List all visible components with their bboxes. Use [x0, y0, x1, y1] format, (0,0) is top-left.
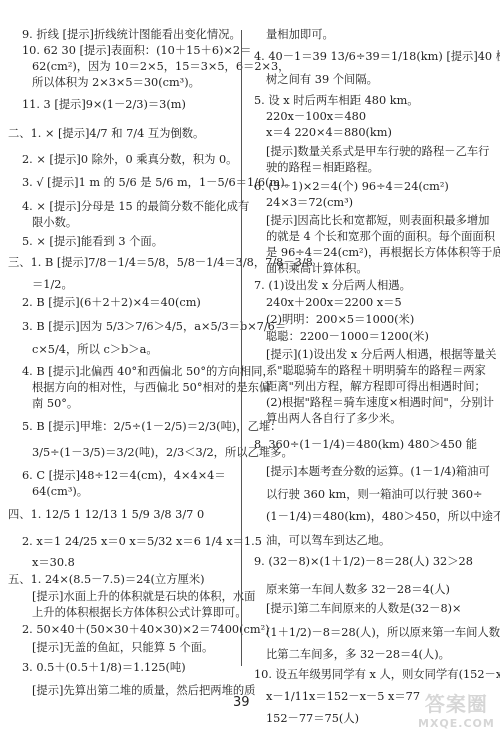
- answer-line: [提示]因高比长和宽都短，则表面积最多增加: [266, 214, 489, 228]
- answer-line: 6. C [提示]48÷12＝4(cm)，4×4×4＝: [22, 469, 226, 483]
- answer-line: [提示]数量关系式是甲车行驶的路程－乙车行: [266, 145, 489, 159]
- answer-line: 240x＋200x＝2200 x＝5: [266, 296, 402, 310]
- answer-line: 9. (32－8)×(1＋1/2)－8＝28(人) 32＞28: [254, 555, 473, 569]
- answer-line: 所以体积为 2×3×5＝30(cm³)。: [32, 76, 200, 90]
- answer-line: 量相加即可。: [266, 28, 334, 42]
- watermark-logo: 答案圈 MXQE.COM: [418, 688, 495, 730]
- answer-line: 距离"列出方程，解方程即可得出相遇时间；: [266, 380, 486, 394]
- answer-line: 上升的体积根据长方体体积公式计算即可。: [32, 606, 247, 620]
- answer-line: 以行驶 360 km，则一箱油可以行驶 360÷: [266, 488, 482, 502]
- answer-line: 的就是 4 个长和宽那个面的面积。每个面面积: [266, 230, 495, 244]
- answer-line: [提示]无盖的鱼缸，只能算 5 个面。: [32, 641, 213, 655]
- answer-line: 系"聪聪骑车的路程＋明明骑车的路程＝两家: [266, 364, 486, 378]
- answer-line: 152－77＝75(人): [266, 712, 359, 726]
- answer-line: 原来第一车间人数多 32－28＝4(人): [266, 583, 450, 597]
- answer-line: x＝4 220×4＝880(km): [266, 126, 392, 140]
- answer-line: 4. × [提示]分母是 15 的最简分数不能化成有: [22, 200, 249, 214]
- page-number: 39: [233, 695, 250, 710]
- answer-line: 二、1. × [提示]4/7 和 7/4 互为倒数。: [8, 127, 204, 141]
- answer-line: (2)根据"路程＝骑车速度×相遇时间"，分别计: [266, 396, 494, 410]
- answer-line: [提示]本题考查分数的运算。(1－1/4)箱油可: [266, 465, 490, 479]
- answer-line: 四、1. 12/5 1 12/13 1 5/9 3/8 3/7 0: [8, 508, 204, 522]
- answer-line: 根据方向的相对性，与西偏北 50°相对的是东偏: [32, 381, 270, 395]
- answer-line: 5. B [提示]甲堆：2/5÷(1－2/5)＝2/3(吨)，乙堆：: [22, 420, 281, 434]
- answer-line: [提示]先算出第二堆的质量，然后把两堆的质: [32, 684, 255, 698]
- answer-line: 五、1. 24×(8.5－7.5)＝24(立方厘米): [8, 573, 205, 587]
- answer-line: 5. × [提示]能看到 3 个面。: [22, 235, 163, 249]
- answer-line: 4. B [提示]北偏西 40°和西偏北 50°的方向相同，: [22, 365, 274, 379]
- answer-line: 64(cm³)。: [32, 485, 88, 499]
- answer-line: 2. x＝1 24/25 x＝0 x＝5/32 x＝6 1/4 x＝1.5: [22, 535, 262, 549]
- answer-line: 10. 62 30 [提示]表面积：(10＋15＋6)×2＝: [22, 44, 251, 58]
- answer-line: [提示]水面上升的体积就是石块的体积，水面: [32, 590, 255, 604]
- answer-line: ＝1/2。: [32, 278, 73, 292]
- answer-line: [提示](1)设出发 x 分后两人相遇，根据等量关: [266, 348, 496, 362]
- answer-line: 2. 50×40＋(50×30＋40×30)×2＝7400(cm²): [22, 623, 270, 637]
- answer-line: 24×3＝72(cm³): [266, 196, 353, 210]
- answer-line: 油，可以驾车到达乙地。: [266, 534, 390, 548]
- answer-line: 树之间有 39 个间隔。: [266, 73, 378, 87]
- watermark-text: 答案圈: [418, 688, 495, 717]
- answer-line: 6. (3－1)×2＝4(个) 96÷4＝24(cm²): [254, 180, 449, 194]
- answer-line: 比第二车间多，多 32－28＝4(人)。: [266, 648, 450, 662]
- answer-line: 5. 设 x 时后两车相距 480 km。: [254, 94, 419, 108]
- answer-line: x－1/11x＝152－x－5 x＝77: [266, 690, 420, 704]
- answer-line: 算出两人各自行了多少米。: [266, 412, 402, 426]
- watermark-url: MXQE.COM: [418, 717, 495, 730]
- answer-line: x＝30.8: [32, 556, 75, 570]
- answer-line: 聪聪：2200－1000＝1200(米): [266, 330, 429, 344]
- answer-line: 2. B [提示](6＋2＋2)×4＝40(cm): [22, 296, 201, 310]
- answer-line: 4. 40－1＝39 13/6÷39＝1/18(km) [提示]40 棵: [254, 50, 500, 64]
- answer-line: (2)明明：200×5＝1000(米): [266, 313, 414, 327]
- answer-line: (1－1/4)＝480(km)，480＞450，所以中途不加: [266, 510, 500, 524]
- answer-line: 220x－100x＝480: [266, 110, 366, 124]
- answer-line: 2. × [提示]0 除外，0 乘真分数，积为 0。: [22, 153, 237, 167]
- answer-line: 是 96÷4＝24(cm²)，再根据长方体体积等于底: [266, 246, 500, 260]
- answer-line: 62(cm²)，因为 10＝2×5，15＝3×5，6＝2×3，: [32, 60, 289, 74]
- answer-line: 8. 360÷(1－1/4)＝480(km) 480＞450 能: [254, 438, 477, 452]
- answer-line: 南 50°。: [32, 397, 78, 411]
- answer-line: 9. 折线 [提示]折线统计图能看出变化情况。: [22, 28, 241, 42]
- answer-line: 驶的路程＝相距路程。: [266, 161, 379, 175]
- answer-line: (1＋1/2)－8＝28(人)，所以原来第一车间人数: [266, 626, 500, 640]
- answer-line: 限小数。: [32, 216, 77, 230]
- answer-line: 3. 0.5＋(0.5＋1/8)＝1.125(吨): [22, 661, 186, 675]
- answer-line: 11. 3 [提示]9×(1－2/3)＝3(m): [22, 98, 186, 112]
- answer-line: [提示]第二车间原来的人数是(32－8)×: [266, 602, 462, 616]
- answer-line: 3. B [提示]因为 5/3＞7/6＞4/5，a×5/3＝b×7/6＝: [22, 320, 286, 334]
- answer-line: 7. (1)设出发 x 分后两人相遇。: [254, 279, 411, 293]
- column-divider: [241, 30, 242, 666]
- answer-line: 10. 设五年级男同学有 x 人，则女同学有(152－x)人。: [254, 668, 500, 682]
- answer-line: 面积乘高计算体积。: [266, 262, 368, 276]
- answer-line: c×5/4，所以 c＞b＞a。: [32, 343, 158, 357]
